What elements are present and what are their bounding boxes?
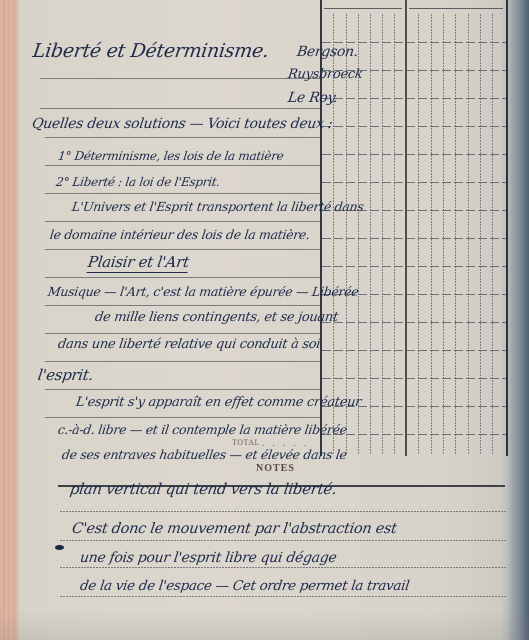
page-stack-edge-left xyxy=(0,0,18,640)
ledger-header-line-right xyxy=(409,8,503,9)
ledger-column-line xyxy=(418,14,419,454)
ruled-line xyxy=(45,389,320,390)
ledger-column-line xyxy=(443,14,444,454)
handwritten-line: 2° Liberté : la loi de l'Esprit. xyxy=(55,175,221,189)
ledger-column-line xyxy=(382,14,383,454)
handwritten-line: Quelles deux solutions — Voici toutes de… xyxy=(31,116,333,132)
ruled-line xyxy=(45,361,320,362)
handwritten-line: l'esprit. xyxy=(37,366,95,384)
handwritten-side-name: Le Roy. xyxy=(287,90,339,106)
ledger-column-line xyxy=(468,14,469,454)
handwritten-heading: Plaisir et l'Art xyxy=(87,253,190,271)
ledger-column-line xyxy=(455,14,456,454)
ink-bullet-mark xyxy=(55,545,64,550)
page-curl-shadow-right xyxy=(507,0,529,640)
ruled-line xyxy=(45,417,320,418)
ruled-line xyxy=(45,249,320,250)
ruled-line xyxy=(45,333,320,334)
ruled-line xyxy=(45,221,320,222)
notes-dotted-line xyxy=(60,540,507,541)
handwritten-line: c.-à-d. libre — et il contemple la matiè… xyxy=(57,422,348,437)
ruled-line xyxy=(45,277,320,278)
handwritten-line: de ses entraves habituelles — et élevée … xyxy=(61,447,348,462)
ledger-row-line xyxy=(322,126,506,127)
ledger-row-line xyxy=(322,378,506,379)
handwritten-line: de la vie de l'espace — Cet ordre permet… xyxy=(79,578,410,594)
ledger-column-line xyxy=(492,14,493,454)
ledger-row-line xyxy=(322,42,506,43)
ledger-row-line xyxy=(322,182,506,183)
ruled-line xyxy=(40,108,320,109)
ledger-row-line xyxy=(322,266,506,267)
handwritten-line: C'est donc le mouvement par l'abstractio… xyxy=(71,521,398,537)
ledger-row-line xyxy=(322,434,506,435)
notes-dotted-line xyxy=(60,511,507,512)
printed-total-label: TOTAL xyxy=(232,438,260,447)
ruled-line xyxy=(45,305,320,306)
handwritten-line: dans une liberté relative qui conduit à … xyxy=(57,337,321,352)
ledger-center-divider xyxy=(405,0,407,456)
ledger-header-line-left xyxy=(324,8,402,9)
handwritten-title: Liberté et Déterminisme. xyxy=(31,40,270,62)
ruled-line xyxy=(45,137,320,138)
handwritten-line: de mille liens contingents, et se jouant xyxy=(94,310,339,325)
ledger-column-line xyxy=(431,14,432,454)
handwritten-line: L'Univers et l'Esprit transportent la li… xyxy=(71,199,365,214)
ledger-row-line xyxy=(322,238,506,239)
handwritten-line: L'esprit s'y apparaît en effet comme cré… xyxy=(75,395,362,410)
ruled-line xyxy=(45,165,320,166)
notes-dotted-line xyxy=(60,567,507,568)
handwritten-side-name: Bergson. xyxy=(296,44,359,60)
ledger-column-line xyxy=(394,14,395,454)
notes-dotted-line xyxy=(60,596,507,597)
handwritten-heading-text: Plaisir et l'Art xyxy=(86,253,190,273)
ledger-row-line xyxy=(322,98,506,99)
handwritten-line: une fois pour l'esprit libre qui dégage xyxy=(79,550,338,566)
printed-notes-label: NOTES xyxy=(256,463,295,474)
ledger-row-line xyxy=(322,154,506,155)
ruled-line xyxy=(45,193,320,194)
handwritten-side-name: Ruysbroeck xyxy=(287,67,364,82)
handwritten-line: 1° Déterminisme, les lois de la matière xyxy=(57,149,284,163)
ledger-column-line xyxy=(370,14,371,454)
ledger-row-line xyxy=(322,322,506,323)
handwritten-line: le domaine intérieur des lois de la mati… xyxy=(49,227,311,242)
handwritten-line: plan vertical qui tend vers la liberté. xyxy=(69,480,338,498)
notebook-page: TOTAL . . . . . NOTES Liberté et Détermi… xyxy=(0,0,529,640)
handwritten-line: Musique — l'Art, c'est la matière épurée… xyxy=(47,284,360,299)
ledger-column-line xyxy=(480,14,481,454)
ledger-row-line xyxy=(322,350,506,351)
page-bottom-shadow xyxy=(0,610,529,640)
ruled-line xyxy=(40,78,320,79)
